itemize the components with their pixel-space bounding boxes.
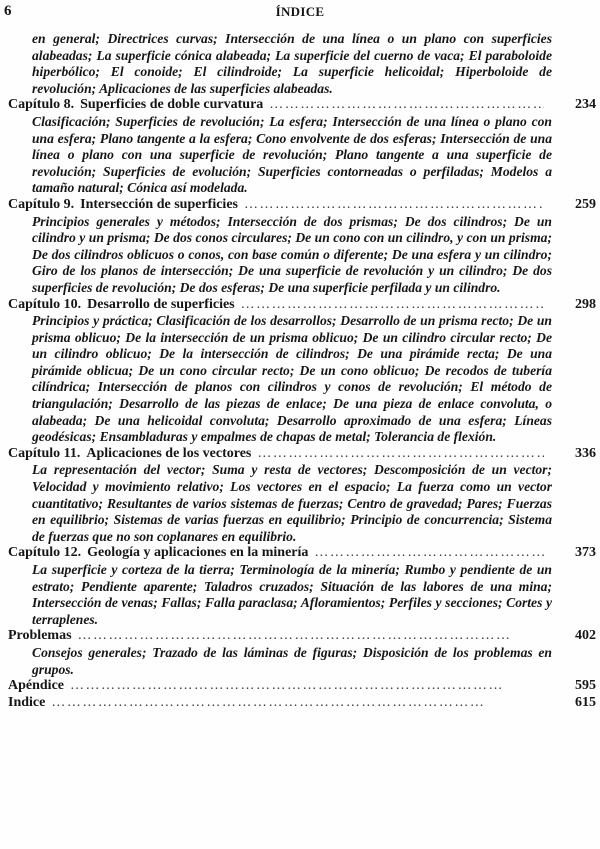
toc-entry-chapter-11: Capítulo 11.Aplicaciones de los vectores… (8, 446, 598, 546)
dot-leader (257, 446, 544, 463)
chapter-title: Geología y aplicaciones en la minería (87, 545, 308, 560)
document-page: 6 ÍNDICE en general; Directrices curvas;… (0, 0, 600, 849)
entry-title-wrap: Capítulo 12.Geología y aplicaciones en l… (8, 545, 308, 562)
page-ref: 259 (568, 197, 596, 214)
toc-entry-chapter-9: Capítulo 9.Intersección de superficies 2… (8, 197, 598, 297)
toc-entry-heading[interactable]: Capítulo 12.Geología y aplicaciones en l… (8, 545, 598, 562)
section-title: Indice (8, 695, 45, 712)
page-ref: 402 (568, 628, 596, 645)
toc-entry-indice: Indice 615 (8, 695, 598, 712)
entry-title-wrap: Capítulo 11.Aplicaciones de los vectores (8, 446, 251, 463)
dot-leader (244, 197, 544, 214)
running-head: ÍNDICE (0, 4, 600, 20)
toc-entry-heading[interactable]: Indice 615 (8, 695, 598, 712)
toc-entry-chapter-8: Capítulo 8.Superficies de doble curvatur… (8, 97, 598, 197)
toc-entry-heading[interactable]: Capítulo 8.Superficies de doble curvatur… (8, 97, 598, 114)
entry-title-wrap: Capítulo 9.Intersección de superficies (8, 197, 238, 214)
chapter-title: Aplicaciones de los vectores (86, 446, 251, 461)
section-title: Problemas (8, 628, 72, 645)
chapter-label: Capítulo 12. (8, 545, 81, 560)
toc-entry-heading[interactable]: Apéndice 595 (8, 678, 598, 695)
dot-leader (269, 97, 544, 114)
chapter-label: Capítulo 9. (8, 197, 74, 212)
toc-entry-apendice: Apéndice 595 (8, 678, 598, 695)
toc-entry-chapter-10: Capítulo 10.Desarrollo de superficies 29… (8, 297, 598, 446)
chapter-description: Principios generales y métodos; Intersec… (32, 214, 552, 297)
dot-leader (314, 545, 544, 562)
page-ref: 298 (568, 297, 596, 314)
section-description: Consejos generales; Trazado de las lámin… (32, 645, 552, 678)
dot-leader (70, 678, 544, 695)
toc-entry-problemas: Problemas 402 Consejos generales; Trazad… (8, 628, 598, 678)
chapter-label: Capítulo 11. (8, 446, 80, 461)
chapter-title: Desarrollo de superficies (87, 297, 235, 312)
page-ref: 615 (568, 695, 596, 712)
chapter-label: Capítulo 10. (8, 297, 81, 312)
toc-entry-heading[interactable]: Capítulo 11.Aplicaciones de los vectores… (8, 446, 598, 463)
table-of-contents: en general; Directrices curvas; Intersec… (8, 31, 598, 711)
entry-title-wrap: Capítulo 8.Superficies de doble curvatur… (8, 97, 263, 114)
dot-leader (51, 695, 544, 712)
chapter-description: Principios y práctica; Clasificación de … (32, 313, 552, 446)
section-title: Apéndice (8, 678, 64, 695)
chapter-description: La superficie y corteza de la tierra; Te… (32, 562, 552, 628)
chapter-title: Superficies de doble curvatura (80, 97, 263, 112)
page-header: 6 ÍNDICE (0, 0, 600, 28)
dot-leader (241, 297, 544, 314)
dot-leader (78, 628, 544, 645)
entry-title-wrap: Capítulo 10.Desarrollo de superficies (8, 297, 235, 314)
continued-description: en general; Directrices curvas; Intersec… (32, 31, 552, 97)
chapter-description: La representación del vector; Suma y res… (32, 462, 552, 545)
page-ref: 234 (568, 97, 596, 114)
page-ref: 336 (568, 446, 596, 463)
page-ref: 595 (568, 678, 596, 695)
toc-entry-heading[interactable]: Capítulo 10.Desarrollo de superficies 29… (8, 297, 598, 314)
chapter-label: Capítulo 8. (8, 97, 74, 112)
toc-entry-heading[interactable]: Capítulo 9.Intersección de superficies 2… (8, 197, 598, 214)
page-ref: 373 (568, 545, 596, 562)
chapter-title: Intersección de superficies (80, 197, 238, 212)
chapter-description: Clasificación; Superficies de revolución… (32, 114, 552, 197)
toc-entry-heading[interactable]: Problemas 402 (8, 628, 598, 645)
toc-entry-chapter-12: Capítulo 12.Geología y aplicaciones en l… (8, 545, 598, 628)
